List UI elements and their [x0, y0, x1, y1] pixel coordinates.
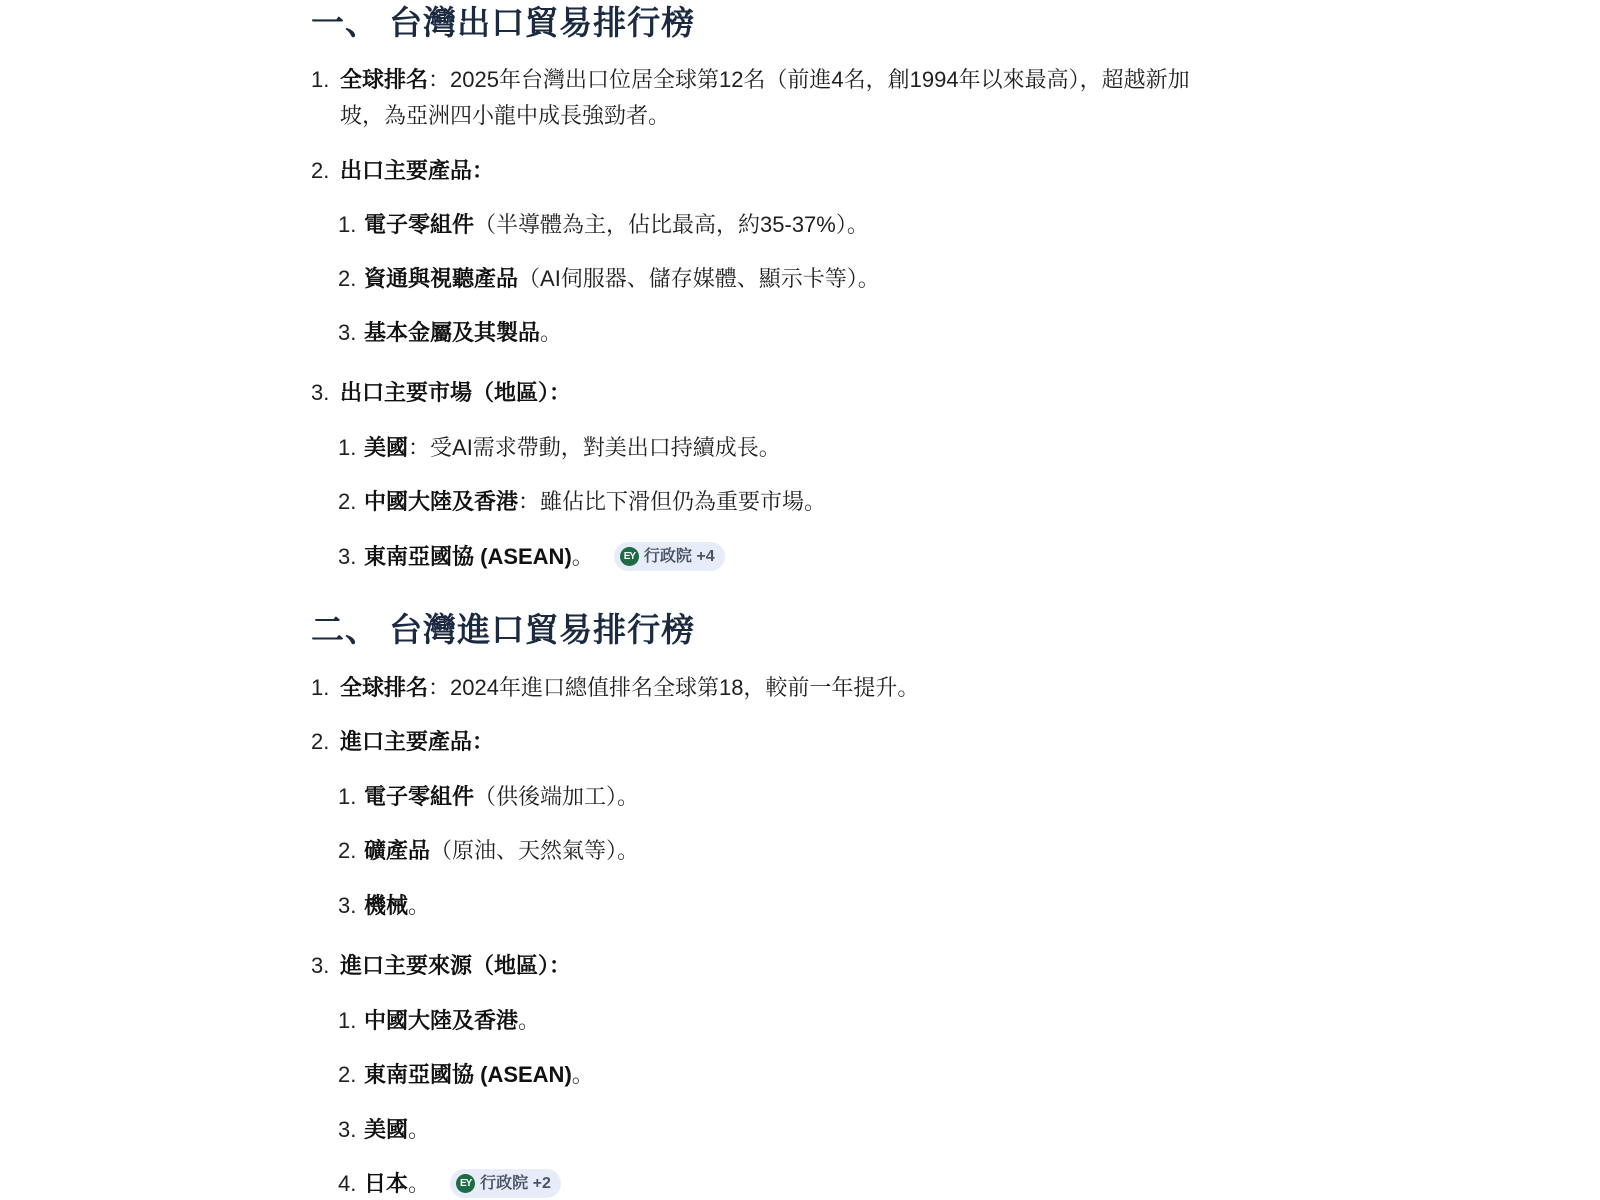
item-key: 出口主要市場（地區）：: [340, 380, 571, 405]
item-key: 美國: [364, 1117, 408, 1142]
list-number: 2.: [311, 153, 329, 189]
export-market-2: 2. 中國大陸及香港：雖佔比下滑但仍為重要市場。: [311, 484, 1291, 520]
item-text: 。: [408, 893, 430, 918]
list-number: 2.: [338, 484, 356, 520]
item-key: 機械: [364, 893, 408, 918]
list-number: 4.: [338, 1166, 356, 1200]
item-key: 中國大陸及香港: [364, 1008, 518, 1033]
item-text: ：2025年台灣出口位居全球第12名（前進4名，創1994年以來最高），超越新加: [428, 67, 1190, 92]
import-source-2: 2. 東南亞國協 (ASEAN)。: [311, 1057, 1291, 1093]
list-number: 1.: [338, 1003, 356, 1039]
item-key: 資通與視聽產品: [364, 266, 518, 291]
item-key: 中國大陸及香港: [364, 489, 518, 514]
item-key: 東南亞國協 (ASEAN): [364, 1062, 572, 1087]
item-text: （AI伺服器、儲存媒體、顯示卡等）。: [518, 266, 880, 291]
list-number: 2.: [338, 833, 356, 869]
item-text: ：雖佔比下滑但仍為重要市場。: [518, 489, 826, 514]
import-source-1: 1. 中國大陸及香港。: [311, 1003, 1291, 1039]
source-chip[interactable]: EY 行政院 +2: [450, 1169, 561, 1198]
list-number: 2.: [338, 261, 356, 297]
export-section-title: 一、 台灣出口貿易排行榜: [311, 0, 1291, 50]
source-chip-label: 行政院 +4: [644, 542, 715, 571]
item-key: 電子零組件: [364, 784, 474, 809]
import-item-sources: 3. 進口主要來源（地區）：: [311, 948, 1291, 984]
export-item-products: 2. 出口主要產品：: [311, 153, 1291, 189]
list-number: 2.: [311, 724, 329, 760]
export-product-3: 3. 基本金屬及其製品。: [311, 315, 1291, 351]
import-product-2: 2. 礦產品（原油、天然氣等）。: [311, 833, 1291, 869]
export-item-global-rank: 1. 全球排名：2025年台灣出口位居全球第12名（前進4名，創1994年以來最…: [311, 62, 1291, 134]
item-key: 全球排名: [340, 67, 428, 92]
item-key: 美國: [364, 435, 408, 460]
item-text: 。: [408, 1171, 430, 1196]
list-number: 3.: [338, 315, 356, 351]
export-market-3: 3. 東南亞國協 (ASEAN)。 EY 行政院 +4: [311, 539, 1291, 575]
list-number: 3.: [338, 1112, 356, 1148]
list-number: 1.: [338, 430, 356, 466]
import-section-title: 二、 台灣進口貿易排行榜: [311, 607, 1291, 657]
item-key: 基本金屬及其製品: [364, 320, 540, 345]
source-chip[interactable]: EY 行政院 +4: [614, 542, 725, 571]
item-text-line2: 坡，為亞洲四小龍中成長強勁者。: [340, 103, 670, 128]
item-text: （供後端加工）。: [474, 784, 639, 809]
item-text: （半導體為主，佔比最高，約35-37%）。: [474, 212, 869, 237]
item-text: 。: [572, 1062, 594, 1087]
list-number: 2.: [338, 1057, 356, 1093]
list-number: 1.: [311, 62, 329, 98]
export-item-markets: 3. 出口主要市場（地區）：: [311, 375, 1291, 411]
source-chip-label: 行政院 +2: [480, 1169, 551, 1198]
item-key: 出口主要產品：: [340, 158, 494, 183]
list-number: 3.: [338, 539, 356, 575]
item-key: 進口主要產品：: [340, 729, 494, 754]
ey-logo-icon: EY: [620, 547, 639, 566]
export-market-1: 1. 美國：受AI需求帶動，對美出口持續成長。: [311, 430, 1291, 466]
import-product-1: 1. 電子零組件（供後端加工）。: [311, 779, 1291, 815]
item-text: 。: [572, 544, 594, 569]
list-number: 3.: [338, 888, 356, 924]
item-key: 電子零組件: [364, 212, 474, 237]
item-key: 東南亞國協 (ASEAN): [364, 544, 572, 569]
item-key: 全球排名: [340, 675, 428, 700]
item-text: 。: [408, 1117, 430, 1142]
ey-logo-icon: EY: [456, 1174, 475, 1193]
import-item-products: 2. 進口主要產品：: [311, 724, 1291, 760]
list-number: 1.: [338, 779, 356, 815]
import-source-3: 3. 美國。: [311, 1112, 1291, 1148]
list-number: 3.: [311, 375, 329, 411]
item-key: 進口主要來源（地區）：: [340, 953, 571, 978]
import-product-3: 3. 機械。: [311, 888, 1291, 924]
list-number: 3.: [311, 948, 329, 984]
item-key: 日本: [364, 1171, 408, 1196]
item-text: 。: [540, 320, 562, 345]
item-text: ：2024年進口總值排名全球第18，較前一年提升。: [428, 675, 919, 700]
list-number: 1.: [338, 207, 356, 243]
item-text: ：受AI需求帶動，對美出口持續成長。: [408, 435, 781, 460]
item-text: （原油、天然氣等）。: [430, 838, 639, 863]
list-number: 1.: [311, 670, 329, 706]
import-source-4: 4. 日本。 EY 行政院 +2: [311, 1166, 1291, 1200]
item-text: 。: [518, 1008, 540, 1033]
export-product-2: 2. 資通與視聽產品（AI伺服器、儲存媒體、顯示卡等）。: [311, 261, 1291, 297]
item-key: 礦產品: [364, 838, 430, 863]
export-product-1: 1. 電子零組件（半導體為主，佔比最高，約35-37%）。: [311, 207, 1291, 243]
import-item-global-rank: 1. 全球排名：2024年進口總值排名全球第18，較前一年提升。: [311, 670, 1291, 706]
